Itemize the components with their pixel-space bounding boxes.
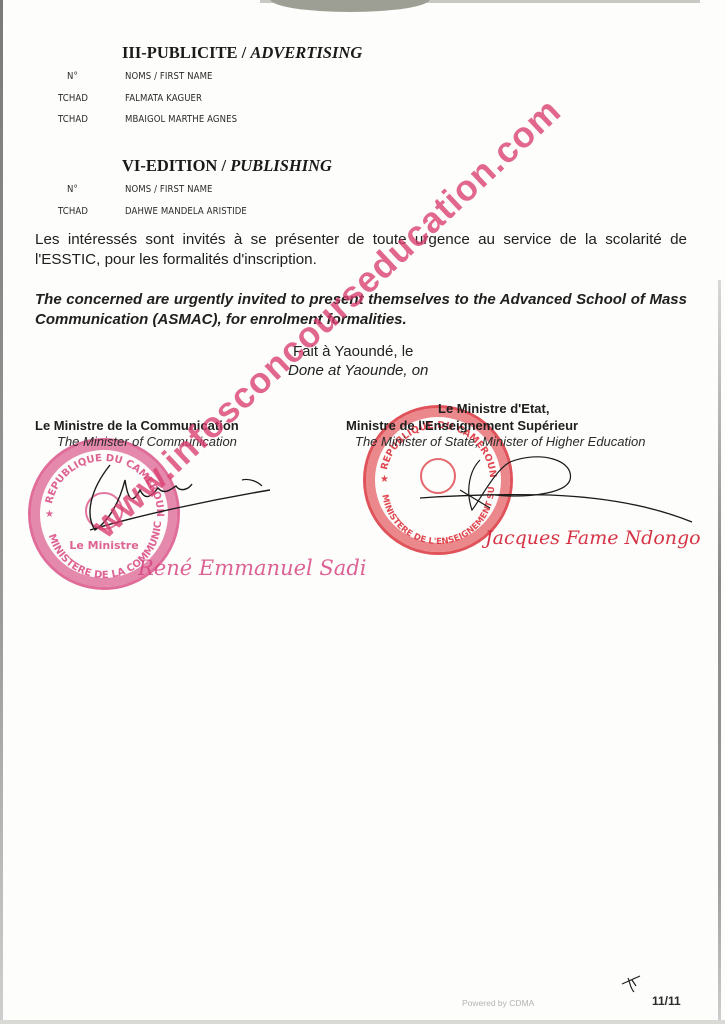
table-row-name: MBAÏGOL MARTHE AGNES bbox=[125, 114, 237, 125]
section-title-en: ADVERTISING bbox=[250, 43, 362, 62]
notice-english: The concerned are urgently invited to pr… bbox=[35, 290, 687, 330]
scan-edge-bottom bbox=[0, 1020, 725, 1024]
minister-communication-name: René Emmanuel Sadi bbox=[138, 556, 366, 580]
minister-communication-signature bbox=[80, 460, 280, 540]
document-page: III-PUBLICITE / ADVERTISING N° NOMS / FI… bbox=[0, 0, 725, 1024]
column-header-names: NOMS / FIRST NAME bbox=[125, 184, 213, 195]
table-row-name: FALMATA KAGUER bbox=[125, 93, 202, 104]
minister-higher-education-title-fr-1: Le Ministre d'Etat, bbox=[438, 401, 549, 416]
table-row-country: TCHAD bbox=[58, 93, 88, 104]
table-row-name: DAHWE MANDELA ARISTIDE bbox=[125, 206, 247, 217]
place-date-en: Done at Yaounde, on bbox=[288, 362, 428, 379]
section-title-advertising: III-PUBLICITE / ADVERTISING bbox=[122, 43, 362, 63]
minister-communication-title-en: The Minister of Communication bbox=[57, 434, 237, 449]
scan-edge-right bbox=[718, 280, 721, 1024]
minister-higher-education-title-en: The Minister of State, Minister of Highe… bbox=[355, 434, 645, 449]
svg-text:Le Ministre: Le Ministre bbox=[69, 539, 138, 552]
column-header-names: NOMS / FIRST NAME bbox=[125, 71, 213, 82]
notice-french: Les intéressés sont invités à se présent… bbox=[35, 230, 687, 270]
page-number: 11/11 bbox=[652, 994, 681, 1008]
svg-text:★: ★ bbox=[45, 509, 54, 520]
minister-communication-title-fr: Le Ministre de la Communication bbox=[35, 418, 239, 433]
scan-edge-left bbox=[0, 0, 3, 1024]
section-title-en: PUBLISHING bbox=[230, 156, 332, 175]
svg-text:★: ★ bbox=[380, 474, 389, 485]
column-header-number: N° bbox=[67, 184, 78, 195]
section-title-fr: VI-EDITION / bbox=[122, 156, 230, 175]
table-row-country: TCHAD bbox=[58, 206, 88, 217]
section-title-publishing: VI-EDITION / PUBLISHING bbox=[122, 156, 332, 176]
column-header-number: N° bbox=[67, 71, 78, 82]
place-date-fr: Fait à Yaoundé, le bbox=[293, 343, 413, 360]
section-title-fr: III-PUBLICITE / bbox=[122, 43, 250, 62]
minister-higher-education-name: Jacques Fame Ndongo bbox=[485, 527, 701, 549]
minister-higher-education-title-fr-2: Ministre de l'Enseignement Supérieur bbox=[346, 418, 578, 433]
minister-higher-education-signature bbox=[400, 450, 695, 530]
initials-mark bbox=[620, 972, 642, 994]
scan-shadow bbox=[270, 0, 430, 12]
powered-by-label: Powered by CDMA bbox=[462, 998, 534, 1008]
table-row-country: TCHAD bbox=[58, 114, 88, 125]
